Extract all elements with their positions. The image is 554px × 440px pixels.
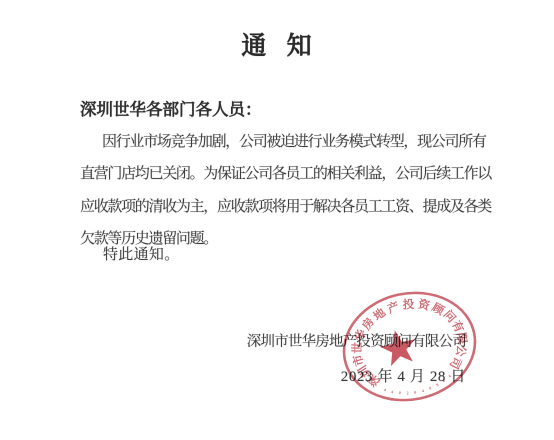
- body-line: 因行业市场竞争加剧，公司被迫进行业务模式转型，现公司所有: [80, 126, 500, 158]
- closing-phrase: 特此通知。: [103, 243, 180, 264]
- seal-group: 深圳市世华房地产投资顾问有限公司4402040864: [341, 290, 478, 403]
- seal-serial-digit: 0: [414, 390, 417, 395]
- seal-ring-char: 市: [350, 352, 367, 367]
- company-seal-stamp: 深圳市世华房地产投资顾问有限公司4402040864: [341, 290, 478, 403]
- seal-ring-char: 世: [350, 341, 364, 353]
- seal-serial-digit: 4: [447, 373, 453, 379]
- seal-star-icon: [377, 326, 420, 367]
- body-line: 直营门店均已关闭。为保证公司各员工的相关利益，公司后续工作以: [80, 158, 500, 190]
- body-line: 应收款项的清收为主，应收款项将用于解决各员工工资、提成及各类: [80, 191, 500, 223]
- seal-serial-digit: 0: [428, 385, 432, 390]
- seal-serial-digit: 4: [383, 387, 388, 393]
- seal-serial-digit: 2: [406, 390, 408, 395]
- seal-serial-digit: 0: [398, 390, 401, 395]
- seal-serial-digit: 8: [435, 382, 439, 387]
- seal-ring-char: 司: [447, 355, 465, 371]
- seal-serial-digit: 6: [441, 378, 446, 383]
- notice-body: 因行业市场竞争加剧，公司被迫进行业务模式转型，现公司所有 直营门店均已关闭。为保…: [80, 126, 500, 255]
- notice-document: 通 知 深圳世华各部门各人员： 因行业市场竞争加剧，公司被迫进行业务模式转型，现…: [0, 0, 554, 440]
- notice-title: 通 知: [0, 26, 554, 62]
- seal-serial-digit: 4: [421, 388, 425, 394]
- seal-ring-char: 投: [402, 297, 415, 312]
- salutation-line: 深圳世华各部门各人员：: [80, 96, 262, 120]
- seal-serial-digit: 4: [391, 389, 395, 395]
- seal-ring-char: 产: [385, 299, 401, 316]
